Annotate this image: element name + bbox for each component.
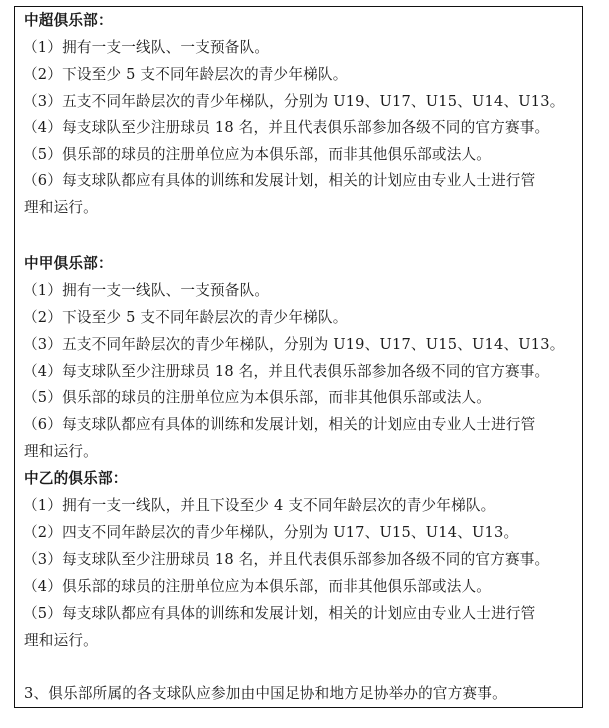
list-item: （2）下设至少 5 支不同年龄层次的青少年梯队。	[23, 308, 348, 328]
list-item: （5）俱乐部的球员的注册单位应为本俱乐部，而非其他俱乐部或法人。	[23, 388, 491, 408]
list-item: （3）每支球队至少注册球员 18 名，并且代表俱乐部参加各级不同的官方赛事。	[23, 550, 549, 570]
section-heading-league-one: 中甲俱乐部：	[24, 254, 113, 274]
list-item: （1）拥有一支一线队、一支预备队。	[23, 38, 269, 58]
list-item: （3）五支不同年龄层次的青少年梯队，分别为 U19、U17、U15、U14、U1…	[23, 335, 565, 355]
list-item: （6）每支球队都应有具体的训练和发展计划，相关的计划应由专业人士进行管	[23, 171, 535, 191]
list-item: （6）每支球队都应有具体的训练和发展计划，相关的计划应由专业人士进行管	[23, 415, 535, 435]
list-item: （4）每支球队至少注册球员 18 名，并且代表俱乐部参加各级不同的官方赛事。	[23, 362, 549, 382]
list-item-continuation: 理和运行。	[24, 631, 98, 651]
list-item: （5）每支球队都应有具体的训练和发展计划，相关的计划应由专业人士进行管	[23, 604, 535, 624]
list-item: （4）每支球队至少注册球员 18 名，并且代表俱乐部参加各级不同的官方赛事。	[23, 118, 549, 138]
section-heading-csl: 中超俱乐部：	[24, 11, 113, 31]
section-heading-league-two: 中乙的俱乐部：	[24, 469, 128, 489]
footer-clause: 3、俱乐部所属的各支球队应参加由中国足协和地方足协举办的官方赛事。	[24, 684, 507, 704]
list-item: （4）俱乐部的球员的注册单位应为本俱乐部，而非其他俱乐部或法人。	[23, 577, 491, 597]
list-item: （1）拥有一支一线队、一支预备队。	[23, 281, 269, 301]
document-box: 中超俱乐部： （1）拥有一支一线队、一支预备队。 （2）下设至少 5 支不同年龄…	[14, 6, 583, 708]
list-item: （5）俱乐部的球员的注册单位应为本俱乐部，而非其他俱乐部或法人。	[23, 145, 491, 165]
list-item-continuation: 理和运行。	[24, 198, 98, 218]
list-item: （2）下设至少 5 支不同年龄层次的青少年梯队。	[23, 65, 348, 85]
list-item: （1）拥有一支一线队，并且下设至少 4 支不同年龄层次的青少年梯队。	[23, 496, 495, 516]
list-item: （2）四支不同年龄层次的青少年梯队，分别为 U17、U15、U14、U13。	[23, 523, 518, 543]
list-item: （3）五支不同年龄层次的青少年梯队，分别为 U19、U17、U15、U14、U1…	[23, 92, 565, 112]
list-item-continuation: 理和运行。	[24, 442, 98, 462]
